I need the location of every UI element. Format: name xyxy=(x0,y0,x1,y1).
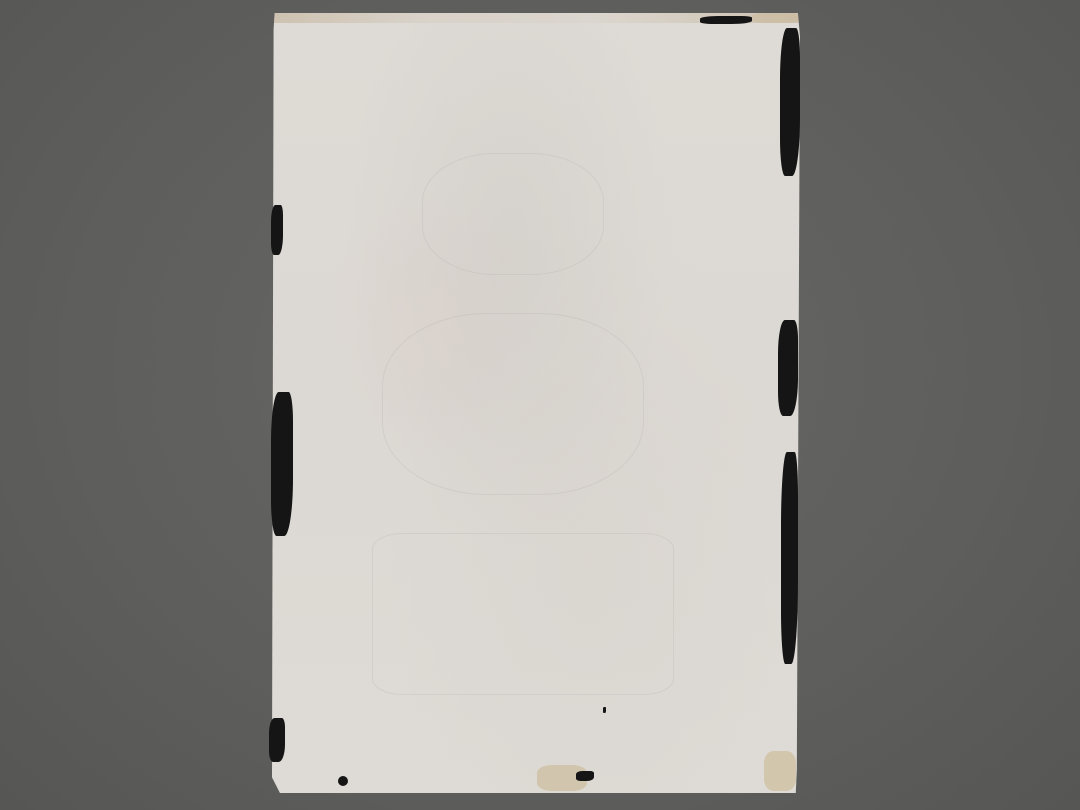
mount-residue-right-lower xyxy=(781,452,798,664)
mount-residue-right-upper xyxy=(780,28,800,176)
ink-spot xyxy=(338,776,348,786)
show-through-figure xyxy=(422,153,604,275)
mount-residue-left-middle xyxy=(271,392,293,536)
mount-residue-right-middle xyxy=(778,320,798,416)
ink-spot xyxy=(576,771,594,781)
mount-residue-left-bottom xyxy=(269,718,285,762)
show-through-figure xyxy=(382,313,644,495)
show-through-figure xyxy=(372,533,674,695)
mount-residue-top-right xyxy=(700,16,752,24)
mount-residue-left-upper xyxy=(271,205,283,255)
paper-stain xyxy=(764,751,796,791)
paper-stain xyxy=(752,13,800,23)
ink-spot xyxy=(603,707,606,713)
paper-sheet xyxy=(272,13,800,793)
